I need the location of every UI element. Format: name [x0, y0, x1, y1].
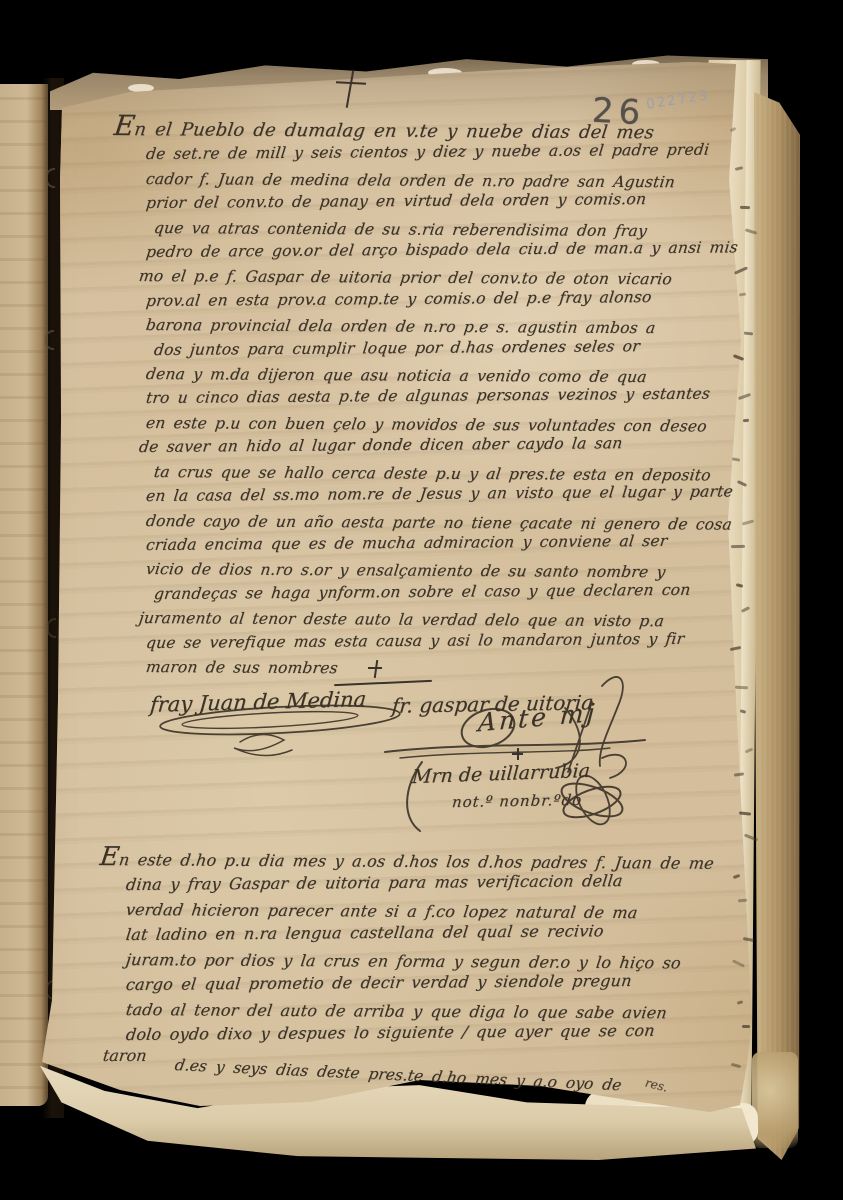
binding-stitch — [47, 618, 56, 638]
vitoria-rubric-swash — [385, 740, 645, 752]
ink-mark — [739, 292, 746, 296]
manuscript-line: cargo el qual prometio de decir verdad y… — [125, 967, 732, 997]
notary-loop — [602, 755, 626, 778]
notary-tangle — [569, 771, 616, 830]
ink-mark — [730, 127, 737, 132]
parchment-cover-edge — [754, 92, 800, 1160]
paper-chip — [128, 84, 154, 92]
manuscript-line: prov.al en esta prov.a comp.te y comis.o… — [145, 284, 730, 313]
ink-mark — [734, 266, 748, 274]
ink-mark — [731, 1063, 741, 1068]
ink-mark — [735, 166, 743, 171]
ink-mark — [733, 354, 744, 361]
manuscript-line: dolo oydo dixo y despues lo siguiente / … — [125, 1017, 732, 1047]
ink-mark — [733, 874, 741, 879]
manuscript-line: dos juntos para cumplir loque por d.has … — [153, 333, 730, 362]
ink-mark — [745, 228, 757, 234]
ink-mark — [740, 206, 750, 209]
ink-mark — [737, 480, 747, 487]
manuscript-line: d.es y seys dias deste pres.te d.ho mes … — [173, 1056, 622, 1094]
medina-rubric-scribble — [234, 734, 292, 755]
ink-mark — [737, 1000, 744, 1004]
ink-mark — [744, 332, 753, 336]
ink-mark — [742, 519, 754, 525]
testimony-paragraph: En este d.ho p.u dia mes y a.os d.hos lo… — [100, 845, 730, 1047]
binding-stitch — [45, 330, 54, 350]
manuscript-line: tro u cinco dias aesta p.te de algunas p… — [145, 382, 730, 411]
medina-rubric-loop — [182, 708, 358, 731]
manuscript-line: en la casa del ss.mo nom.re de Jesus y a… — [145, 480, 730, 509]
ink-mark — [730, 646, 741, 651]
vitoria-rubric-curl — [600, 677, 623, 766]
manuscript-line: dina y fray Gaspar de uitoria para mas v… — [125, 867, 732, 897]
manuscript-line: de saver an hido al lugar donde dicen ab… — [138, 431, 730, 460]
ink-mark — [734, 772, 744, 776]
ink-mark — [743, 937, 754, 942]
vitoria-rubric-stroke — [568, 702, 592, 772]
ink-mark — [743, 419, 749, 423]
vitoria-rubric-stroke — [556, 708, 580, 768]
ink-mark — [732, 457, 740, 461]
manuscript-line: pedro de arce gov.or del arço bispado de… — [145, 235, 730, 264]
fore-edge-ink-marks — [730, 128, 758, 1093]
manuscript-line: de set.re de mill y seis cientos y diez … — [145, 138, 730, 167]
ink-mark — [735, 686, 748, 690]
ink-mark — [738, 899, 747, 903]
ink-mark — [741, 606, 750, 613]
manuscript-line: prior del conv.to de panay en virtud del… — [145, 187, 730, 216]
cover-bottom-corner — [752, 1052, 798, 1148]
ink-mark — [731, 545, 745, 548]
invocation-cross-icon — [334, 70, 366, 110]
act-paragraph: En el Pueblo de dumalag en v.te y nuebe … — [112, 114, 728, 679]
ink-mark — [738, 393, 751, 400]
ink-mark — [742, 1025, 750, 1028]
ink-mark — [732, 959, 745, 967]
manuscript-line: lat ladino en n.ra lengua castellana del… — [125, 917, 732, 947]
ink-mark — [739, 811, 751, 815]
ink-mark — [736, 583, 744, 588]
manuscript-line: criada encima que es de mucha admiracion… — [145, 528, 730, 557]
verso-page-edge — [0, 84, 48, 1106]
ink-mark — [740, 709, 747, 714]
ink-mark — [745, 748, 754, 754]
manuscript-line: grandeças se haga ynform.on sobre el cas… — [153, 577, 730, 606]
manuscript-line: taron — [102, 1046, 148, 1065]
binding-stitch — [46, 168, 55, 188]
ink-mark — [744, 833, 758, 841]
manuscript-photo: 26 022723 En el Pueblo de dumalag en v.t… — [0, 0, 843, 1200]
notary-hook — [407, 762, 422, 831]
